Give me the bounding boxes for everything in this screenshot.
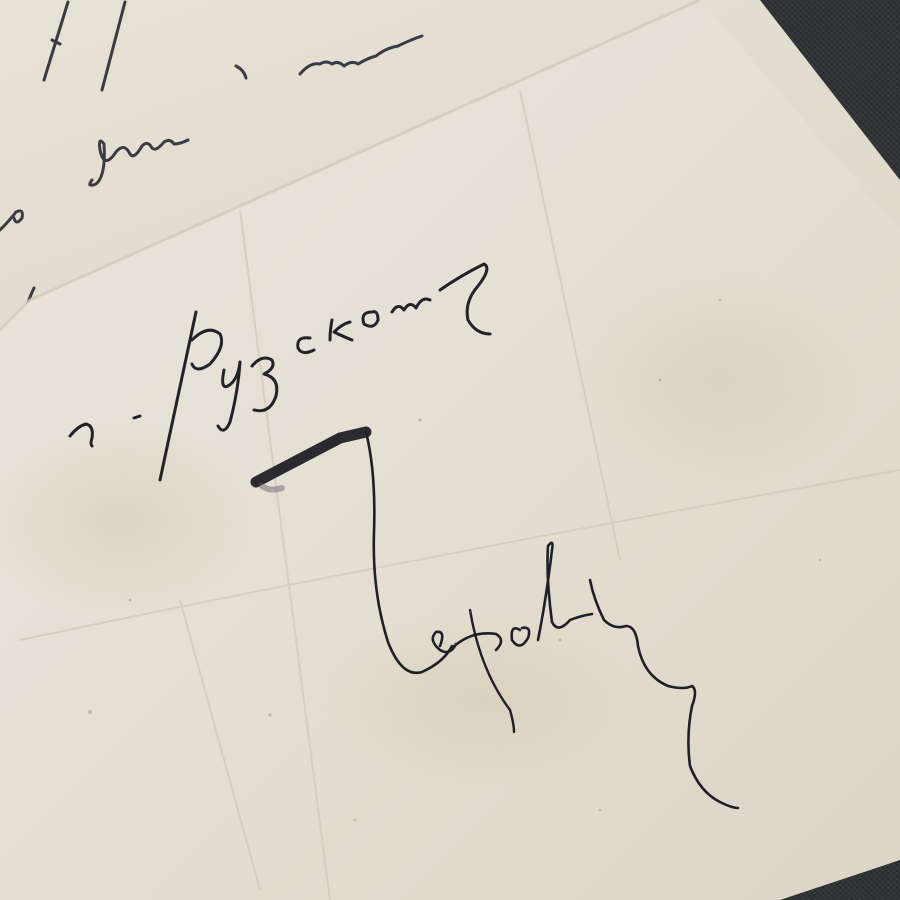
- photo-scene: г. Рузскому Чехов Close-up photograph of…: [0, 0, 900, 900]
- document-illustration: [0, 0, 900, 900]
